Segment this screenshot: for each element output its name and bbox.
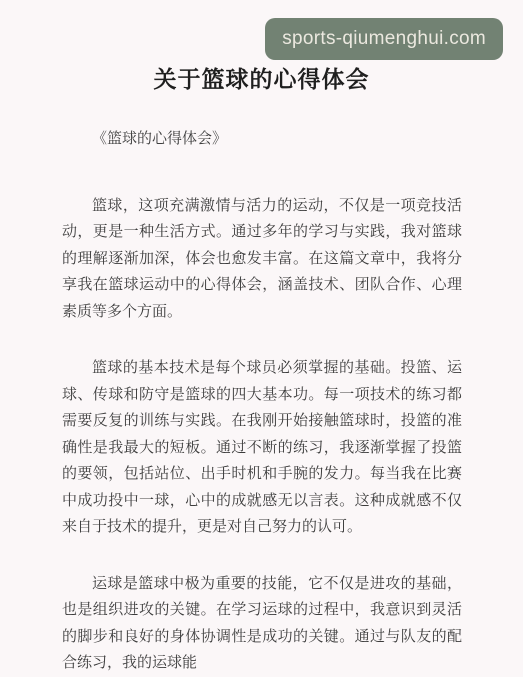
article-paragraph-1: 篮球，这项充满激情与活力的运动，不仅是一项竞技活动，更是一种生活方式。通过多年的… [62, 193, 462, 326]
article-paragraph-3: 运球是篮球中极为重要的技能，它不仅是进攻的基础，也是组织进攻的关键。在学习运球的… [62, 571, 462, 677]
site-watermark-badge: sports-qiumenghui.com [265, 18, 503, 60]
article-body: 《篮球的心得体会》 篮球，这项充满激情与活力的运动，不仅是一项竞技活动，更是一种… [62, 126, 462, 677]
article-paragraph-2: 篮球的基本技术是每个球员必须掌握的基础。投篮、运球、传球和防守是篮球的四大基本功… [62, 355, 462, 541]
article-subtitle: 《篮球的心得体会》 [62, 126, 462, 153]
document-page: sports-qiumenghui.com 关于篮球的心得体会 《篮球的心得体会… [0, 0, 523, 677]
